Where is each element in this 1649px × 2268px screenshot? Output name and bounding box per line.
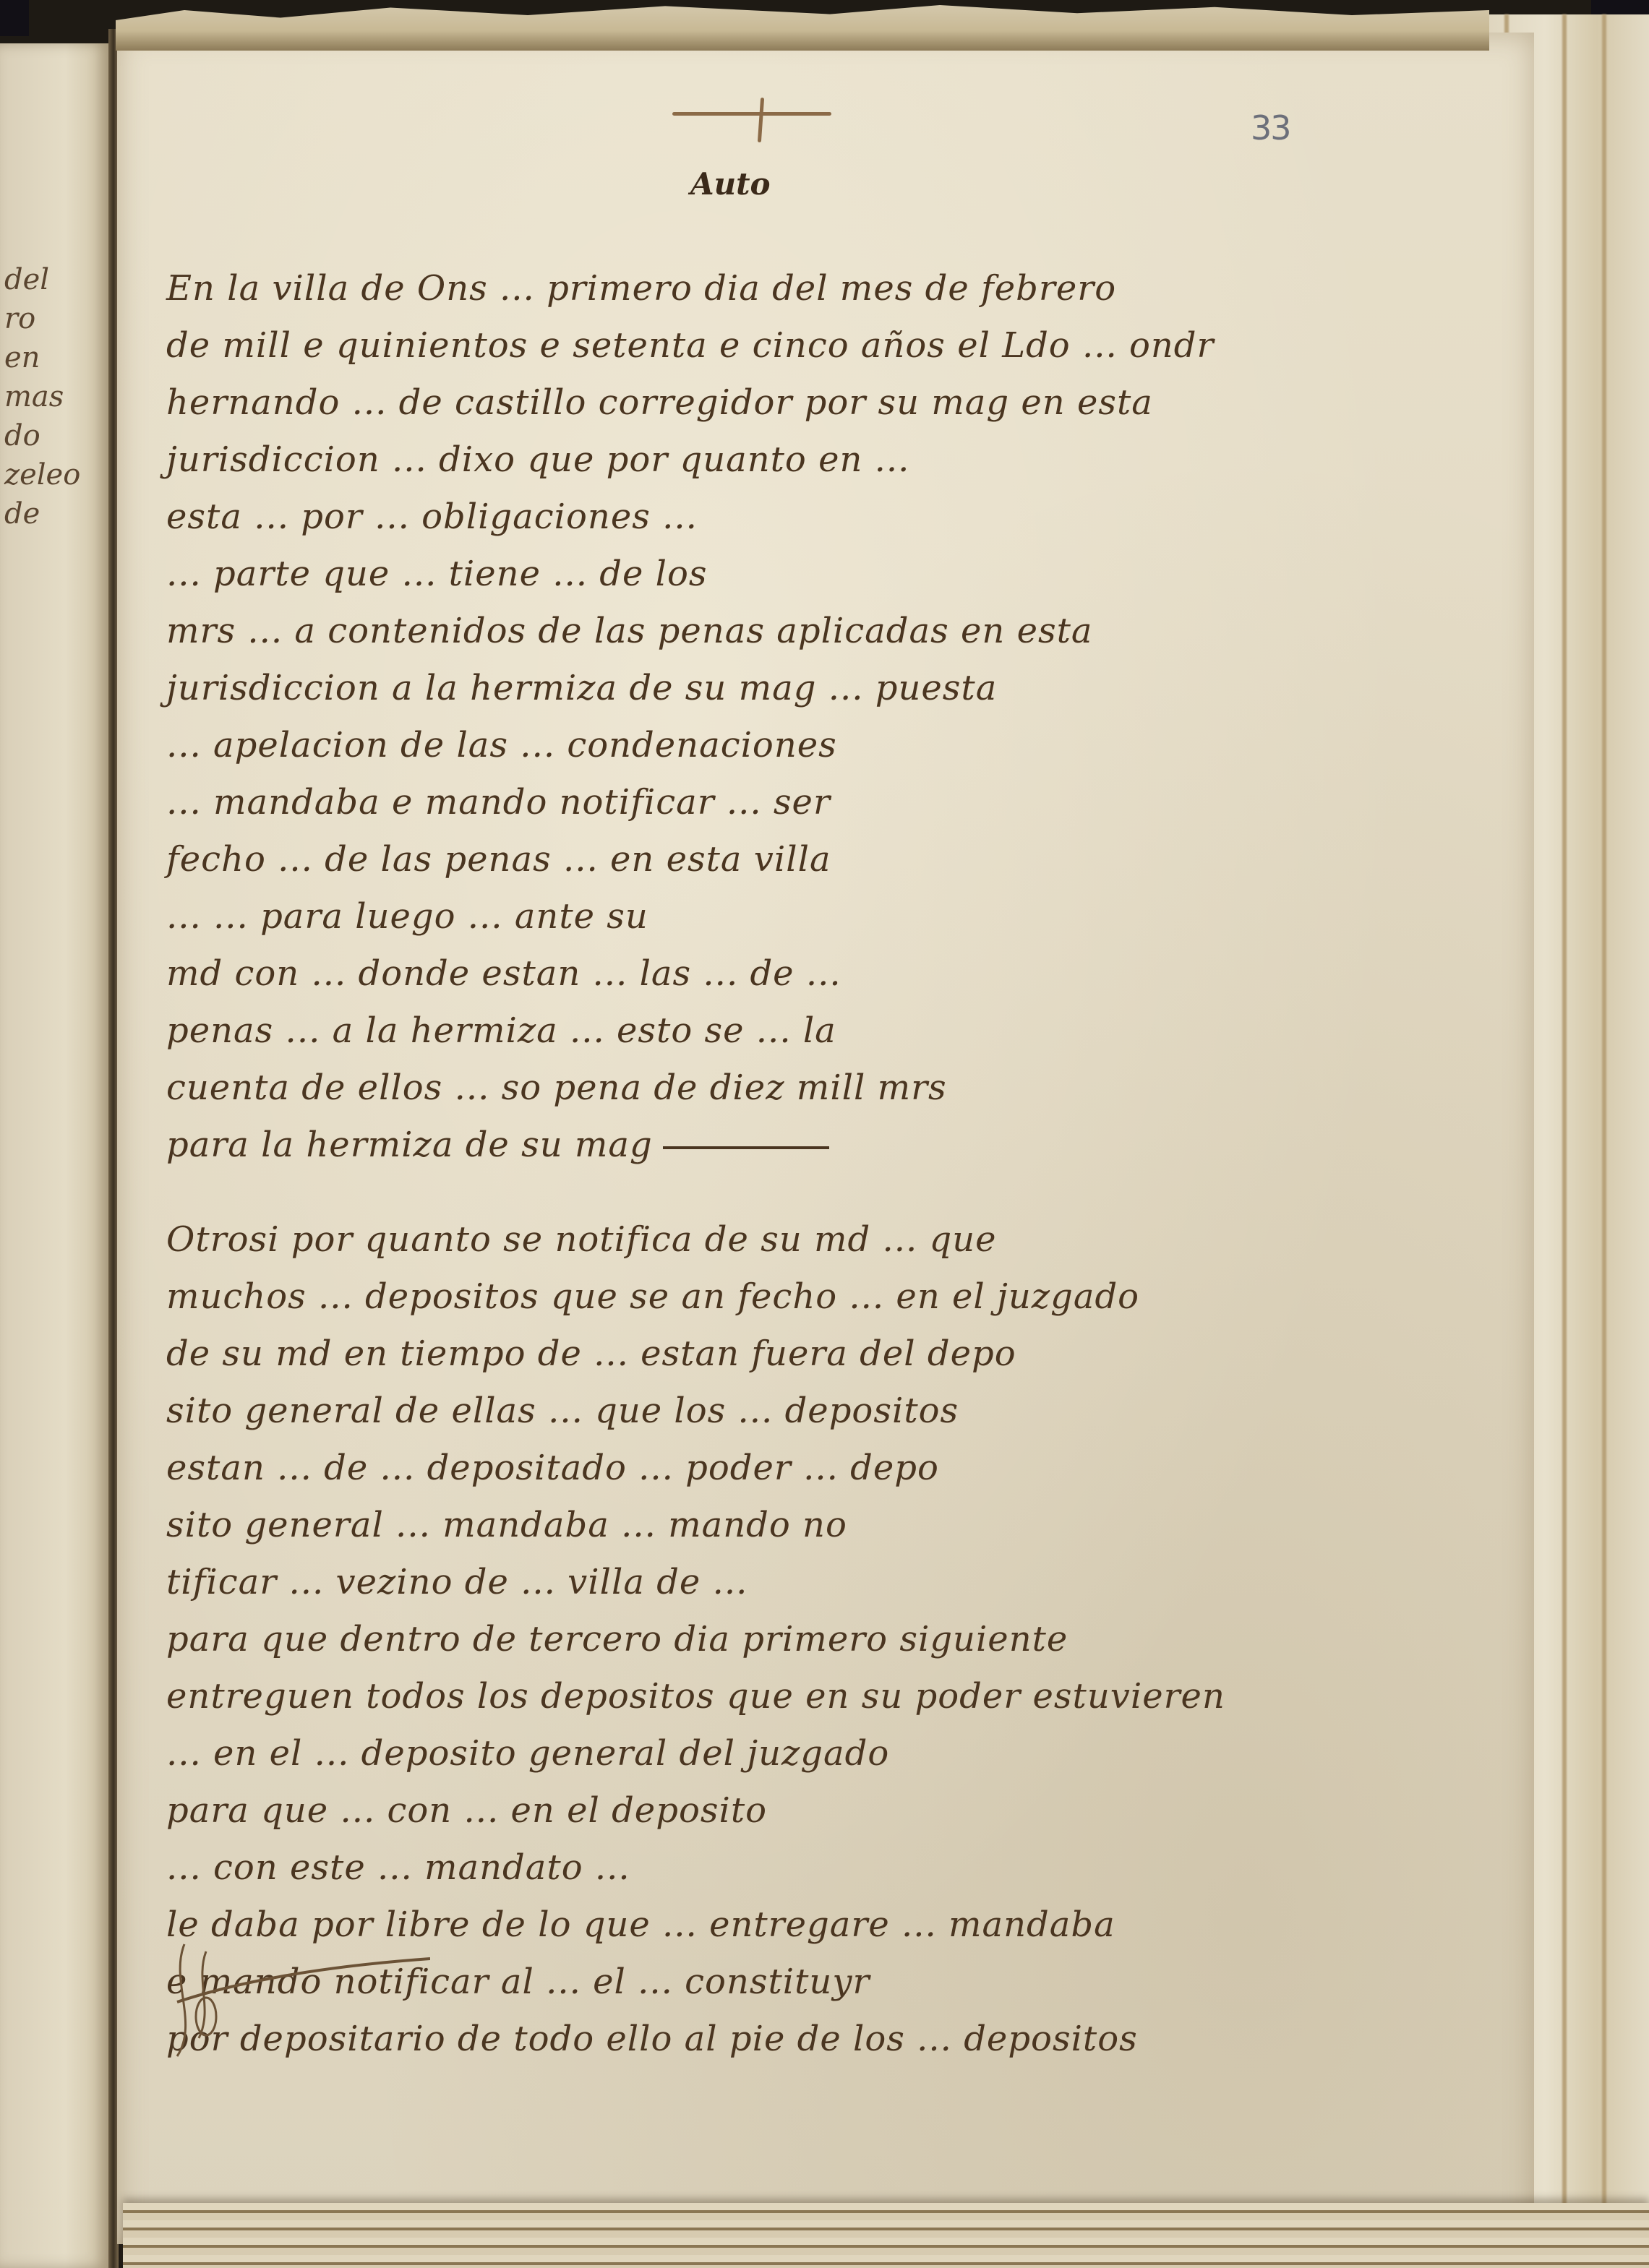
- text-line: hernando ... de castillo corregidor por …: [166, 374, 1468, 431]
- text-line: mrs ... a contenidos de las penas aplica…: [166, 603, 1468, 660]
- text-line: entreguen todos los depositos que en su …: [166, 1668, 1468, 1725]
- facing-page-edge: del ro en mas do zeleo de: [0, 43, 111, 2268]
- text-line: fecho ... de las penas ... en esta villa: [166, 831, 1468, 888]
- cross-mark-icon: [672, 98, 831, 141]
- text-line: de mill e quinientos e setenta e cinco a…: [166, 317, 1468, 374]
- background-corner: [0, 0, 29, 36]
- text-line: ... con este ... mandato ...: [166, 1839, 1468, 1897]
- text-line: ... parte que ... tiene ... de los: [166, 546, 1468, 603]
- margin-word: mas: [4, 377, 106, 416]
- text-line: muchos ... depositos que se an fecho ...…: [166, 1268, 1468, 1326]
- text-line: sito general ... mandaba ... mando no: [166, 1497, 1468, 1554]
- manuscript-body: En la villa de Ons ... primero dia del m…: [166, 260, 1468, 2068]
- text-line: para que ... con ... en el deposito: [166, 1782, 1468, 1839]
- facing-page-margin-text: del ro en mas do zeleo de: [4, 260, 106, 533]
- text-line: md con ... donde estan ... las ... de ..…: [166, 945, 1468, 1002]
- text-line: ... apelacion de las ... condenaciones: [166, 717, 1468, 774]
- rubric-flourish-icon: [155, 1937, 430, 2060]
- text-line: estan ... de ... depositado ... poder ..…: [166, 1440, 1468, 1497]
- text-line: Otrosi por quanto se notifica de su md .…: [166, 1211, 1468, 1268]
- text-line: ... ... para luego ... ante su: [166, 888, 1468, 945]
- torn-edge: [1602, 14, 1606, 2268]
- manuscript-scan: del ro en mas do zeleo de 33 Auto En la …: [0, 0, 1649, 2268]
- torn-top-edge: [116, 0, 1489, 51]
- line-end-rule: [663, 1146, 829, 1149]
- margin-word: de: [4, 494, 106, 533]
- section-heading: Auto: [690, 166, 771, 202]
- text-line-content: para la hermiza de su mag: [166, 1125, 653, 1165]
- text-line: jurisdiccion a la hermiza de su mag ... …: [166, 660, 1468, 717]
- text-line: ... en el ... deposito general del juzga…: [166, 1725, 1468, 1782]
- margin-word: do: [4, 416, 106, 455]
- margin-word: en: [4, 338, 106, 377]
- text-line: penas ... a la hermiza ... esto se ... l…: [166, 1002, 1468, 1060]
- text-line: En la villa de Ons ... primero dia del m…: [166, 260, 1468, 317]
- text-line: sito general de ellas ... que los ... de…: [166, 1383, 1468, 1440]
- margin-word: ro: [4, 299, 106, 338]
- signature-rubric-icon: [155, 1937, 430, 2060]
- text-line: cuenta de ellos ... so pena de diez mill…: [166, 1060, 1468, 1117]
- margin-word: del: [4, 260, 106, 299]
- margin-word: zeleo: [4, 455, 106, 494]
- bottom-page-edges: [123, 2203, 1649, 2268]
- paragraph-1: En la villa de Ons ... primero dia del m…: [166, 260, 1468, 1174]
- torn-edge: [1562, 14, 1567, 2268]
- text-line: esta ... por ... obligaciones ...: [166, 489, 1468, 546]
- text-line: tificar ... vezino de ... villa de ...: [166, 1554, 1468, 1611]
- text-line: de su md en tiempo de ... estan fuera de…: [166, 1326, 1468, 1383]
- text-line: jurisdiccion ... dixo que por quanto en …: [166, 431, 1468, 489]
- text-line: ... mandaba e mando notificar ... ser: [166, 774, 1468, 831]
- paragraph-gap: [166, 1174, 1468, 1211]
- folio-number: 33: [1251, 108, 1290, 147]
- text-line: para la hermiza de su mag: [166, 1117, 1468, 1174]
- text-line: para que dentro de tercero dia primero s…: [166, 1611, 1468, 1668]
